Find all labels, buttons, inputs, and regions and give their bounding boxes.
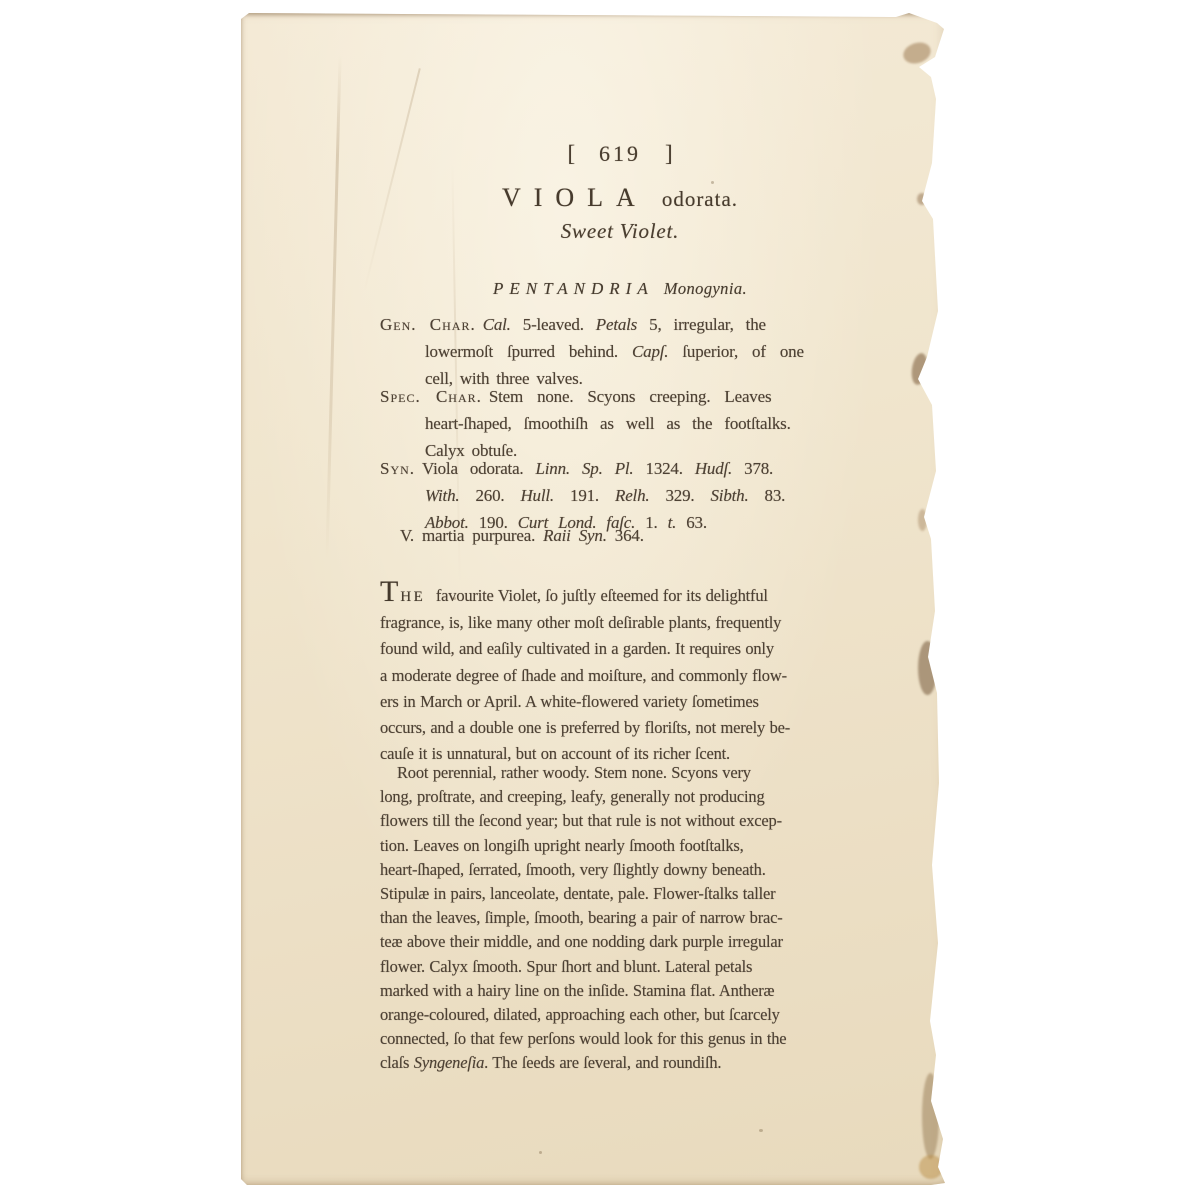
text-line: Syn.Viola odorata. Linn. Sp. Pl. 1324. H… bbox=[380, 455, 860, 482]
species-title: VIOLAodorata. bbox=[380, 183, 860, 213]
text-line: Root perennial, rather woody. Stem none.… bbox=[380, 761, 860, 785]
text-line: heart-ſhaped, ſmoothiſh as well as the f… bbox=[380, 410, 860, 437]
text-block: [619] VIOLAodorata. Sweet Violet. PENTAN… bbox=[380, 13, 860, 1185]
text-line: claſs Syngeneſia. The ſeeds are ſeveral,… bbox=[380, 1051, 860, 1075]
text-line: lowermoſt ſpurred behind. Capſ. ſuperior… bbox=[380, 338, 860, 365]
text-line: than the leaves, ſimple, ſmooth, bearing… bbox=[380, 906, 860, 930]
text-line: flower. Calyx ſmooth. Spur ſhort and blu… bbox=[380, 955, 860, 979]
bracket-open: [ bbox=[568, 141, 575, 166]
text-line: heart-ſhaped, ſerrated, ſmooth, very ſli… bbox=[380, 858, 860, 882]
text-line: connected, ſo that few perſons would loo… bbox=[380, 1027, 860, 1051]
text-line: Stipulæ in pairs, lanceolate, dentate, p… bbox=[380, 882, 860, 906]
linnaean-class: PENTANDRIA bbox=[493, 279, 654, 298]
book-page: [619] VIOLAodorata. Sweet Violet. PENTAN… bbox=[241, 13, 953, 1185]
body-paragraph: THE favourite Violet, ſo juſtly eſteemed… bbox=[380, 579, 860, 767]
foxing-spot bbox=[901, 39, 934, 67]
text-line: Gen. Char.Cal. 5-leaved. Petals 5, irreg… bbox=[380, 311, 860, 338]
text-line: found wild, and eaſily cultivated in a g… bbox=[380, 636, 860, 662]
text-line: fragrance, is, like many other moſt deſi… bbox=[380, 610, 860, 636]
genus-name: VIOLA bbox=[502, 183, 648, 212]
paper-crease bbox=[325, 55, 341, 560]
class-order-heading: PENTANDRIAMonogynia. bbox=[380, 279, 860, 299]
species-epithet: odorata. bbox=[662, 187, 738, 211]
synonym-line: V. martia purpurea. Raii Syn. 364. bbox=[400, 526, 644, 546]
text-line: tion. Leaves on longiſh upright nearly ſ… bbox=[380, 834, 860, 858]
text-line: orange-coloured, dilated, approaching ea… bbox=[380, 1003, 860, 1027]
lead-caps: HE bbox=[400, 589, 425, 605]
section-label: Syn. bbox=[380, 459, 415, 478]
text-line: THE favourite Violet, ſo juſtly eſteemed… bbox=[380, 579, 860, 610]
text-line: long, proſtrate, and creeping, leafy, ge… bbox=[380, 785, 860, 809]
section-synonyms: Syn.Viola odorata. Linn. Sp. Pl. 1324. H… bbox=[380, 455, 860, 536]
lead-initial: T bbox=[380, 575, 400, 608]
body-paragraph: Root perennial, rather woody. Stem none.… bbox=[380, 761, 860, 1076]
section-generic-character: Gen. Char.Cal. 5-leaved. Petals 5, irreg… bbox=[380, 311, 860, 392]
text-line: occurs, and a double one is preferred by… bbox=[380, 715, 860, 741]
foxing-spot bbox=[918, 641, 937, 695]
text-line: flowers till the ſecond year; but that r… bbox=[380, 809, 860, 833]
foxing-spot bbox=[918, 509, 927, 531]
foxing-spot bbox=[917, 193, 927, 205]
common-name: Sweet Violet. bbox=[380, 219, 860, 244]
scanned-image: [619] VIOLAodorata. Sweet Violet. PENTAN… bbox=[0, 0, 1200, 1200]
section-label: Spec. Char. bbox=[380, 387, 482, 406]
foxing-spot bbox=[922, 1073, 939, 1159]
text-line: ers in March or April. A white-flowered … bbox=[380, 689, 860, 715]
page-number: [619] bbox=[380, 141, 860, 167]
text-line: Spec. Char.Stem none. Scyons creeping. L… bbox=[380, 383, 860, 410]
section-specific-character: Spec. Char.Stem none. Scyons creeping. L… bbox=[380, 383, 860, 464]
text-line: teæ above their middle, and one nodding … bbox=[380, 930, 860, 954]
text-line: a moderate degree of ſhade and moiſture,… bbox=[380, 663, 860, 689]
bracket-close: ] bbox=[665, 141, 672, 166]
linnaean-order: Monogynia. bbox=[664, 279, 747, 298]
text-line: With. 260. Hull. 191. Relh. 329. Sibth. … bbox=[380, 482, 860, 509]
foxing-spot bbox=[910, 352, 930, 386]
section-label: Gen. Char. bbox=[380, 315, 476, 334]
text-line: marked with a hairy line on the inſide. … bbox=[380, 979, 860, 1003]
foxing-spot bbox=[919, 1155, 943, 1179]
